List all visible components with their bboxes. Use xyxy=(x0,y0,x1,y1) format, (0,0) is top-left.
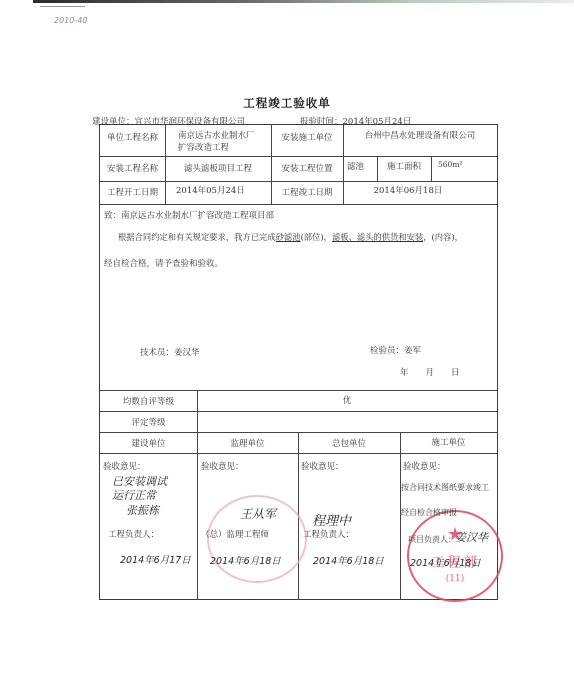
install-project-name-label: 安装工程名称 xyxy=(100,162,165,174)
letter-body-line2: 经自检合格，请予查验和验收。 xyxy=(104,257,494,269)
header-contractor: 施工单位 xyxy=(400,436,497,448)
final-grade-label: 评定等级 xyxy=(100,416,197,428)
header-owner: 建设单位 xyxy=(100,437,197,449)
contractor-signature: 姜汉华 xyxy=(455,529,488,545)
area-label: 施工面积 xyxy=(377,160,431,172)
end-date-label: 工程竣工日期 xyxy=(271,186,343,198)
letter-location: 砂滤池 xyxy=(276,232,301,242)
self-grade-value: 优 xyxy=(197,394,497,406)
contractor-opinion-label: 验收意见： xyxy=(403,460,446,472)
owner-opinion-label: 验收意见： xyxy=(103,460,146,472)
letter-recipient: 致：南京远古水业制水厂扩容改造工程项目部 xyxy=(104,209,494,221)
header-supervisor: 监理单位 xyxy=(197,437,298,449)
inspector: 检验员：姜军 xyxy=(370,344,470,356)
owner-date: 2014年6月17日 xyxy=(120,552,191,566)
technician: 技术员：姜汉华 xyxy=(140,346,260,358)
unit-project-name-line1: 南京远古水业制水厂 xyxy=(178,129,273,141)
owner-responsible-label: 工程负责人： xyxy=(108,528,159,540)
supervisor-date: 2014年6月18日 xyxy=(210,553,281,567)
self-grade-label: 均数自评等级 xyxy=(100,395,197,407)
end-date-value: 2014年06月18日 xyxy=(343,184,473,196)
contractor-date: 2014年6月18日 xyxy=(410,555,481,569)
contractor-stamp-number: (11) xyxy=(409,574,501,584)
gc-responsible-label: 工程负责人： xyxy=(303,528,354,540)
letter-content-tag: ，(内容)， xyxy=(423,232,463,242)
scan-edge xyxy=(33,0,574,3)
letter-body: 根据合同约定和有关规定要求，我方已完成砂滤池(部位)，滤板、滤头的供货和安装，(… xyxy=(104,231,496,243)
supervisor-engineer-label: （总）监理工程师 xyxy=(201,528,269,540)
installer-value: 台州中昌水处理设备有限公司 xyxy=(343,129,497,141)
owner-signature: 张振栋 xyxy=(126,502,159,518)
date-blank: 年 月 日 xyxy=(400,366,496,378)
letter-location-tag: (部位)， xyxy=(301,232,332,242)
start-date-value: 2014年05月24日 xyxy=(176,184,271,196)
installer-label: 安装施工单位 xyxy=(271,131,343,143)
letter-body-prefix: 根据合同约定和有关规定要求，我方已完成 xyxy=(104,232,276,242)
acceptance-table: 单位工程名称 南京远古水业制水厂 扩容改造工程 安装施工单位 台州中昌水处理设备… xyxy=(99,124,498,600)
contractor-opinion-line2: 经自检合格审报 xyxy=(401,507,457,518)
header-general-contractor: 总包单位 xyxy=(298,437,400,449)
document-title: 工程竣工验收单 xyxy=(0,95,574,111)
install-location-label: 安装工程位置 xyxy=(271,162,343,174)
owner-opinion-line2: 运行正常 xyxy=(112,487,156,503)
letter-content: 滤板、滤头的供货和安装 xyxy=(332,232,423,242)
contractor-opinion-line1: 按合同技术图纸要求竣工 xyxy=(401,482,489,493)
install-location-value: 滤池 xyxy=(347,160,377,172)
supervisor-opinion-label: 验收意见： xyxy=(201,460,244,472)
area-value: 560m² xyxy=(438,160,488,169)
contractor-responsible-label: 项目负责人： xyxy=(408,534,456,545)
install-project-name-value: 滤头滤板项目工程 xyxy=(165,162,271,174)
gc-signature: 程理中 xyxy=(312,510,351,529)
gc-opinion-label: 验收意见： xyxy=(301,460,344,472)
gc-date: 2014年6月18日 xyxy=(313,553,384,567)
start-date-label: 工程开工日期 xyxy=(100,186,165,198)
unit-project-name-line2: 扩容改造工程 xyxy=(178,141,273,153)
scan-mark xyxy=(40,6,85,7)
unit-project-name-label: 单位工程名称 xyxy=(100,131,165,143)
supervisor-signature: 王从军 xyxy=(240,505,276,522)
handwritten-ref: 2010-40 xyxy=(54,16,87,25)
